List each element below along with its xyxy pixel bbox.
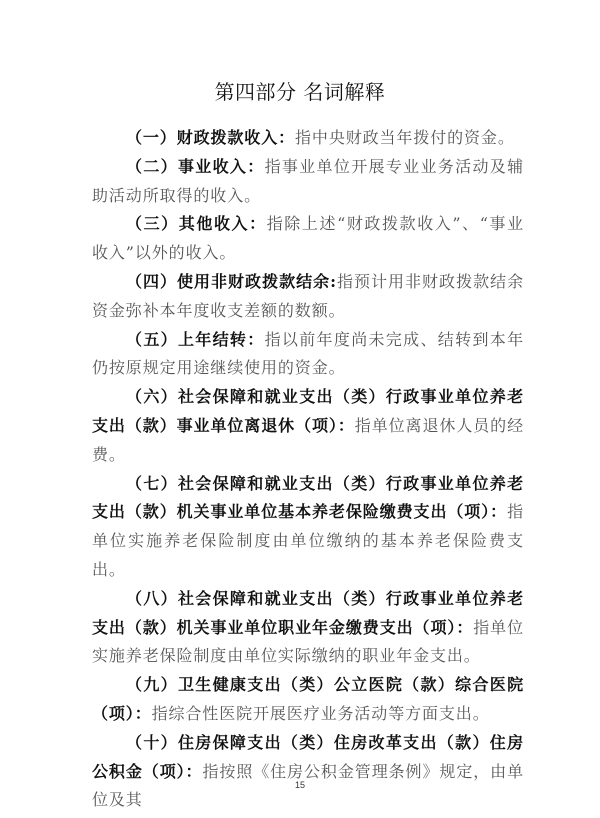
definition-paragraph: （五）上年结转：指以前年度尚未完成、结转到本年仍按原规定用途继续使用的资金。: [92, 326, 524, 384]
page-number: 15: [0, 780, 600, 790]
page-title: 第四部分 名词解释: [0, 76, 600, 105]
definition-text: 指中央财政当年拨付的资金。: [295, 128, 515, 147]
definition-term: （三）其他收入：: [126, 214, 267, 233]
definition-term: （二）事业收入：: [126, 157, 265, 176]
definition-paragraph: （四）使用非财政拨款结余:指预计用非财政拨款结余资金弥补本年度收支差额的数额。: [92, 268, 524, 326]
definition-text: 指综合性医院开展医疗业务活动等方面支出。: [152, 704, 490, 723]
definition-paragraph: （十）住房保障支出（类）住房改革支出（款）住房公积金（项）：指按照《住房公积金管…: [92, 729, 524, 815]
definition-paragraph: （二）事业收入：指事业单位开展专业业务活动及辅助活动所取得的收入。: [92, 153, 524, 211]
definition-paragraph: （九）卫生健康支出（类）公立医院（款）综合医院（项）：指综合性医院开展医疗业务活…: [92, 671, 524, 729]
definition-paragraph: （八）社会保障和就业支出（类）行政事业单位养老支出（款）机关事业单位职业年金缴费…: [92, 585, 524, 671]
document-page: 第四部分 名词解释 （一）财政拨款收入：指中央财政当年拨付的资金。 （二）事业收…: [0, 0, 600, 818]
definition-paragraph: （七）社会保障和就业支出（类）行政事业单位养老支出（款）机关事业单位基本养老保险…: [92, 470, 524, 585]
definition-term: （五）上年结转：: [126, 330, 265, 349]
definition-paragraph: （三）其他收入：指除上述“财政拨款收入”、“事业收入”以外的收入。: [92, 210, 524, 268]
definition-paragraph: （一）财政拨款收入：指中央财政当年拨付的资金。: [92, 124, 524, 153]
definition-term: （八）社会保障和就业支出（类）行政事业单位养老支出（款）机关事业单位职业年金缴费…: [92, 589, 524, 637]
definition-term: （七）社会保障和就业支出（类）行政事业单位养老支出（款）机关事业单位基本养老保险…: [92, 474, 524, 522]
definition-term: （四）使用非财政拨款结余:: [126, 272, 337, 291]
definition-paragraph: （六）社会保障和就业支出（类）行政事业单位养老支出（款）事业单位离退休（项）：指…: [92, 383, 524, 469]
definition-term: （一）财政拨款收入：: [126, 128, 295, 147]
document-body: （一）财政拨款收入：指中央财政当年拨付的资金。 （二）事业收入：指事业单位开展专…: [92, 124, 524, 815]
